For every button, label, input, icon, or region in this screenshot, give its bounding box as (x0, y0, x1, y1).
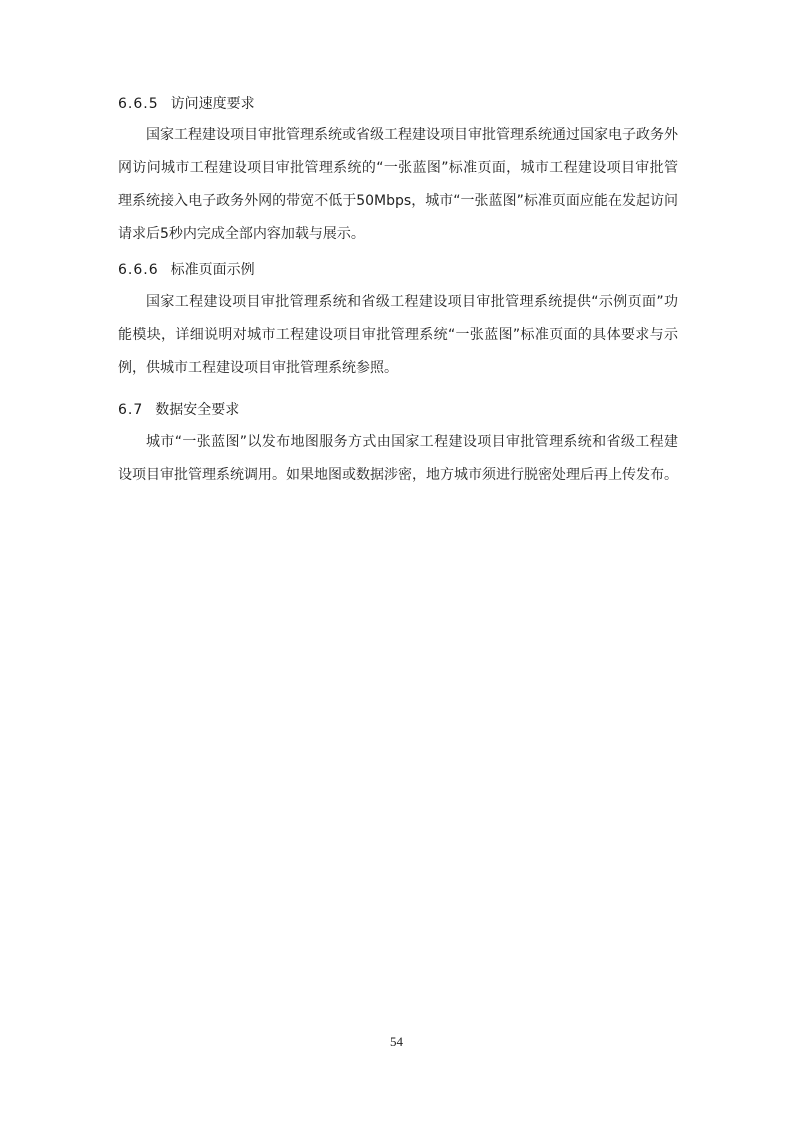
section-number: 6.7 (118, 402, 143, 418)
document-page: 6.6.5访问速度要求 国家工程建设项目审批管理系统或省级工程建设项目审批管理系… (0, 0, 793, 1122)
section-heading-6-6-6: 6.6.6标准页面示例 (118, 262, 255, 278)
section-body-6-7: 城市“一张蓝图”以发布地图服务方式由国家工程建设项目审批管理系统和省级工程建设项… (118, 426, 678, 492)
section-body-6-6-5: 国家工程建设项目审批管理系统或省级工程建设项目审批管理系统通过国家电子政务外网访… (118, 119, 678, 251)
section-number: 6.6.5 (118, 96, 159, 112)
section-title: 标准页面示例 (171, 262, 255, 278)
page-number: 54 (0, 1034, 793, 1050)
section-number: 6.6.6 (118, 262, 159, 278)
section-title: 访问速度要求 (171, 96, 255, 112)
section-title: 数据安全要求 (155, 402, 239, 418)
section-heading-6-7: 6.7数据安全要求 (118, 402, 239, 418)
section-heading-6-6-5: 6.6.5访问速度要求 (118, 96, 255, 112)
section-body-6-6-6: 国家工程建设项目审批管理系统和省级工程建设项目审批管理系统提供“示例页面”功能模… (118, 286, 678, 385)
